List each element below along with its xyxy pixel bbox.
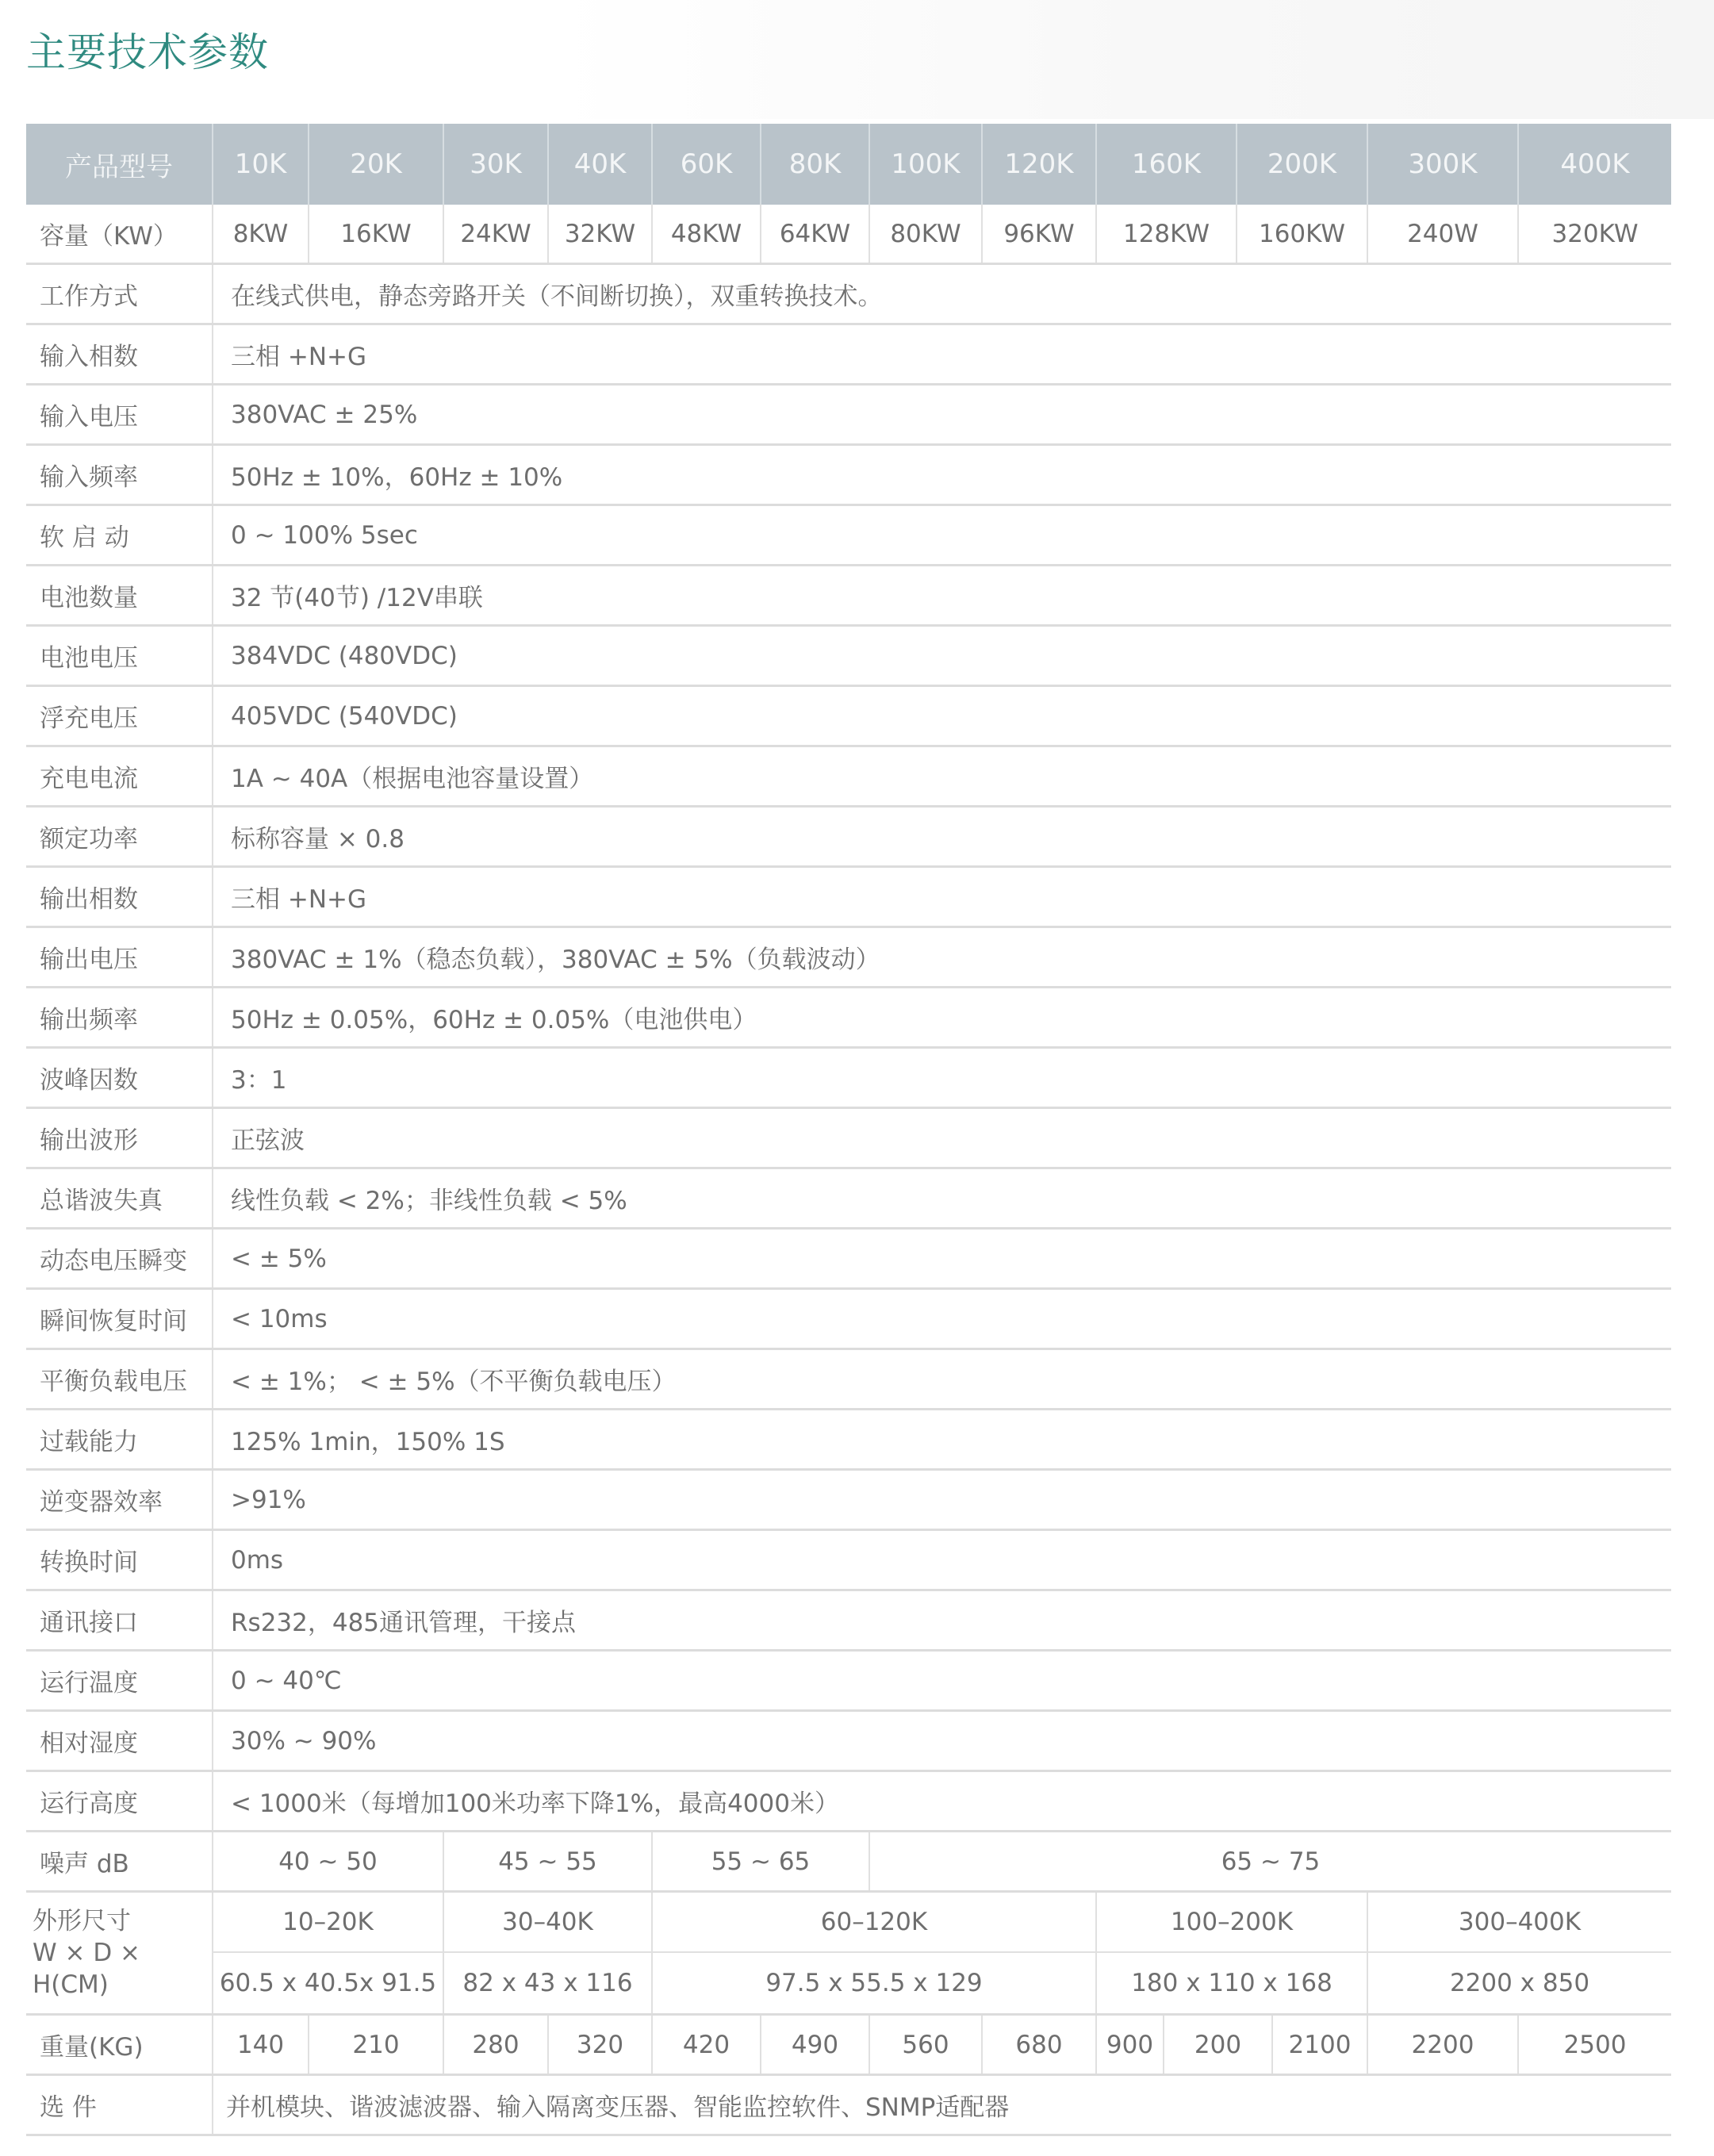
row-value: 32 节(40节) /12V串联	[212, 566, 1671, 624]
row-value: >91%	[212, 1471, 1671, 1529]
row-value: 50Hz ± 10%，60Hz ± 10%	[212, 446, 1671, 504]
row-label: 通讯接口	[26, 1591, 212, 1649]
weight-value: 210	[308, 2016, 443, 2074]
row-label: 运行高度	[26, 1772, 212, 1830]
row-label: 额定功率	[26, 808, 212, 865]
row-label: 工作方式	[26, 265, 212, 323]
capacity-value: 128KW	[1095, 205, 1236, 263]
dimensions-label-line1: 外形尺寸	[33, 1905, 212, 1937]
spec-table: 产品型号 10K 20K 30K 40K 60K 80K 100K 120K 1…	[26, 124, 1671, 2136]
header-model: 30K	[443, 124, 547, 205]
header-model: 10K	[212, 124, 308, 205]
row-label: 噪声 dB	[26, 1832, 212, 1890]
row-value: Rs232，485通讯管理，干接点	[212, 1591, 1671, 1649]
row-value: 线性负载 < 2%；非线性负载 < 5%	[212, 1169, 1671, 1227]
spec-row-thd: 总谐波失真 线性负载 < 2%；非线性负载 < 5%	[26, 1169, 1671, 1230]
spec-row-transfer-time: 转换时间 0ms	[26, 1531, 1671, 1591]
noise-value: 55 ~ 65	[651, 1832, 869, 1890]
background-image-fade	[555, 0, 1714, 119]
row-value: 正弦波	[212, 1109, 1671, 1167]
spec-row-overload: 过载能力 125% 1min，150% 1S	[26, 1410, 1671, 1471]
row-value: < 1000米（每增加100米功率下降1%，最高4000米）	[212, 1772, 1671, 1830]
row-value: 3：1	[212, 1049, 1671, 1107]
weight-row: 重量(KG) 140 210 280 320 420 490 560 680 9…	[26, 2016, 1671, 2076]
row-value: 0ms	[212, 1531, 1671, 1589]
spec-row-dynamic-transient: 动态电压瞬变 < ± 5%	[26, 1230, 1671, 1290]
capacity-value: 160KW	[1236, 205, 1367, 263]
weight-value: 140	[212, 2016, 308, 2074]
row-label: 逆变器效率	[26, 1471, 212, 1529]
row-label: 输出相数	[26, 868, 212, 926]
header-label: 产品型号	[26, 124, 212, 205]
spec-row-output-voltage: 输出电压 380VAC ± 1%（稳态负载），380VAC ± 5%（负载波动）	[26, 928, 1671, 988]
row-value: 在线式供电，静态旁路开关（不间断切换），双重转换技术。	[212, 265, 1671, 323]
header-model: 120K	[981, 124, 1095, 205]
dimension-range: 60–120K	[651, 1893, 1095, 1951]
dimensions-label-line2: W × D × H(CM)	[33, 1937, 212, 2001]
spec-row-float-voltage: 浮充电压 405VDC (540VDC)	[26, 687, 1671, 747]
capacity-value: 96KW	[981, 205, 1095, 263]
row-label: 输入相数	[26, 325, 212, 383]
dimensions-label: 外形尺寸 W × D × H(CM)	[26, 1893, 212, 2013]
spec-row-input-phase: 输入相数 三相 +N+G	[26, 325, 1671, 386]
dimension-range: 100–200K	[1095, 1893, 1367, 1951]
spec-row-recovery-time: 瞬间恢复时间 < 10ms	[26, 1290, 1671, 1350]
dimensions-values: 10–20K 30–40K 60–120K 100–200K 300–400K …	[212, 1893, 1671, 2013]
row-value: < ± 1%； < ± 5%（不平衡负载电压）	[212, 1350, 1671, 1408]
weight-value: 2200	[1367, 2016, 1517, 2074]
weight-value: 680	[981, 2016, 1095, 2074]
dimension-range: 300–400K	[1367, 1893, 1671, 1951]
dimension-size: 60.5 x 40.5x 91.5	[212, 1953, 443, 2013]
header-model: 60K	[651, 124, 760, 205]
dimensions-range-row: 10–20K 30–40K 60–120K 100–200K 300–400K	[212, 1893, 1671, 1953]
noise-value: 45 ~ 55	[443, 1832, 651, 1890]
header-model: 200K	[1236, 124, 1367, 205]
row-label: 重量(KG)	[26, 2016, 212, 2074]
header-model: 300K	[1367, 124, 1517, 205]
spec-row-humidity: 相对湿度 30% ~ 90%	[26, 1712, 1671, 1772]
row-value: < 10ms	[212, 1290, 1671, 1348]
header-model: 100K	[869, 124, 981, 205]
header-model: 20K	[308, 124, 443, 205]
weight-value: 320	[547, 2016, 651, 2074]
header-model: 160K	[1095, 124, 1236, 205]
header-model: 80K	[760, 124, 869, 205]
weight-value: 200	[1163, 2016, 1271, 2074]
weight-value: 490	[760, 2016, 869, 2074]
row-label: 输出波形	[26, 1109, 212, 1167]
noise-value: 65 ~ 75	[869, 1832, 1671, 1890]
row-label: 瞬间恢复时间	[26, 1290, 212, 1348]
dimension-size: 2200 x 850	[1367, 1953, 1671, 2013]
dimension-size: 82 x 43 x 116	[443, 1953, 651, 2013]
row-label: 平衡负载电压	[26, 1350, 212, 1408]
dimensions-size-row: 60.5 x 40.5x 91.5 82 x 43 x 116 97.5 x 5…	[212, 1953, 1671, 2013]
row-label: 输入电压	[26, 386, 212, 443]
options-row: 选 件 并机模块、谐波滤波器、输入隔离变压器、智能监控软件、SNMP适配器	[26, 2076, 1671, 2136]
weight-value: 2100	[1271, 2016, 1367, 2074]
row-value: 384VDC (480VDC)	[212, 627, 1671, 685]
row-value: 380VAC ± 1%（稳态负载），380VAC ± 5%（负载波动）	[212, 928, 1671, 986]
dimensions-block: 外形尺寸 W × D × H(CM) 10–20K 30–40K 60–120K…	[26, 1893, 1671, 2016]
spec-row-operating-mode: 工作方式 在线式供电，静态旁路开关（不间断切换），双重转换技术。	[26, 265, 1671, 325]
row-label: 浮充电压	[26, 687, 212, 745]
capacity-value: 64KW	[760, 205, 869, 263]
spec-row-output-frequency: 输出频率 50Hz ± 0.05%，60Hz ± 0.05%（电池供电）	[26, 988, 1671, 1049]
row-label: 选 件	[26, 2076, 212, 2134]
row-label: 总谐波失真	[26, 1169, 212, 1227]
row-label: 电池数量	[26, 566, 212, 624]
spec-row-altitude: 运行高度 < 1000米（每增加100米功率下降1%，最高4000米）	[26, 1772, 1671, 1832]
spec-row-input-frequency: 输入频率 50Hz ± 10%，60Hz ± 10%	[26, 446, 1671, 506]
noise-row: 噪声 dB 40 ~ 50 45 ~ 55 55 ~ 65 65 ~ 75	[26, 1832, 1671, 1893]
row-label: 容量（KW）	[26, 205, 212, 263]
row-label: 软 启 动	[26, 506, 212, 564]
spec-row-battery-count: 电池数量 32 节(40节) /12V串联	[26, 566, 1671, 627]
page-title: 主要技术参数	[26, 21, 269, 78]
capacity-value: 16KW	[308, 205, 443, 263]
row-value: 30% ~ 90%	[212, 1712, 1671, 1770]
row-label: 输出电压	[26, 928, 212, 986]
row-value: 50Hz ± 0.05%，60Hz ± 0.05%（电池供电）	[212, 988, 1671, 1046]
row-label: 动态电压瞬变	[26, 1230, 212, 1287]
dimension-range: 30–40K	[443, 1893, 651, 1951]
noise-value: 40 ~ 50	[212, 1832, 443, 1890]
spec-row-crest-factor: 波峰因数 3：1	[26, 1049, 1671, 1109]
row-value: 标称容量 × 0.8	[212, 808, 1671, 865]
spec-row-inverter-efficiency: 逆变器效率 >91%	[26, 1471, 1671, 1531]
capacity-value: 80KW	[869, 205, 981, 263]
row-label: 电池电压	[26, 627, 212, 685]
row-value: 0 ~ 40℃	[212, 1652, 1671, 1709]
spec-row-battery-voltage: 电池电压 384VDC (480VDC)	[26, 627, 1671, 687]
row-value: 125% 1min，150% 1S	[212, 1410, 1671, 1468]
row-value: 0 ~ 100% 5sec	[212, 506, 1671, 564]
capacity-value: 24KW	[443, 205, 547, 263]
row-value: 380VAC ± 25%	[212, 386, 1671, 443]
dimension-range: 10–20K	[212, 1893, 443, 1951]
capacity-row: 容量（KW） 8KW 16KW 24KW 32KW 48KW 64KW 80KW…	[26, 205, 1671, 265]
weight-value: 900	[1095, 2016, 1163, 2074]
spec-row-soft-start: 软 启 动 0 ~ 100% 5sec	[26, 506, 1671, 566]
weight-value: 280	[443, 2016, 547, 2074]
weight-value: 2500	[1517, 2016, 1671, 2074]
spec-row-input-voltage: 输入电压 380VAC ± 25%	[26, 386, 1671, 446]
row-value: 并机模块、谐波滤波器、输入隔离变压器、智能监控软件、SNMP适配器	[212, 2076, 1671, 2134]
spec-row-communication: 通讯接口 Rs232，485通讯管理，干接点	[26, 1591, 1671, 1652]
weight-value: 420	[651, 2016, 760, 2074]
header-model: 400K	[1517, 124, 1671, 205]
spec-row-rated-power: 额定功率 标称容量 × 0.8	[26, 808, 1671, 868]
dimension-size: 97.5 x 55.5 x 129	[651, 1953, 1095, 2013]
table-header-row: 产品型号 10K 20K 30K 40K 60K 80K 100K 120K 1…	[26, 124, 1671, 205]
spec-row-operating-temperature: 运行温度 0 ~ 40℃	[26, 1652, 1671, 1712]
weight-value: 560	[869, 2016, 981, 2074]
row-value: 1A ~ 40A（根据电池容量设置）	[212, 747, 1671, 805]
row-value: < ± 5%	[212, 1230, 1671, 1287]
row-label: 输入频率	[26, 446, 212, 504]
row-label: 相对湿度	[26, 1712, 212, 1770]
capacity-value: 48KW	[651, 205, 760, 263]
row-label: 波峰因数	[26, 1049, 212, 1107]
row-label: 过载能力	[26, 1410, 212, 1468]
spec-row-charge-current: 充电电流 1A ~ 40A（根据电池容量设置）	[26, 747, 1671, 808]
capacity-value: 32KW	[547, 205, 651, 263]
row-label: 转换时间	[26, 1531, 212, 1589]
dimension-size: 180 x 110 x 168	[1095, 1953, 1367, 2013]
row-label: 输出频率	[26, 988, 212, 1046]
spec-row-output-phase: 输出相数 三相 +N+G	[26, 868, 1671, 928]
capacity-value: 240W	[1367, 205, 1517, 263]
row-label: 充电电流	[26, 747, 212, 805]
spec-row-balanced-load-voltage: 平衡负载电压 < ± 1%； < ± 5%（不平衡负载电压）	[26, 1350, 1671, 1410]
row-value: 三相 +N+G	[212, 325, 1671, 383]
spec-row-output-waveform: 输出波形 正弦波	[26, 1109, 1671, 1169]
row-value: 三相 +N+G	[212, 868, 1671, 926]
capacity-value: 320KW	[1517, 205, 1671, 263]
capacity-value: 8KW	[212, 205, 308, 263]
row-value: 405VDC (540VDC)	[212, 687, 1671, 745]
header-model: 40K	[547, 124, 651, 205]
row-label: 运行温度	[26, 1652, 212, 1709]
